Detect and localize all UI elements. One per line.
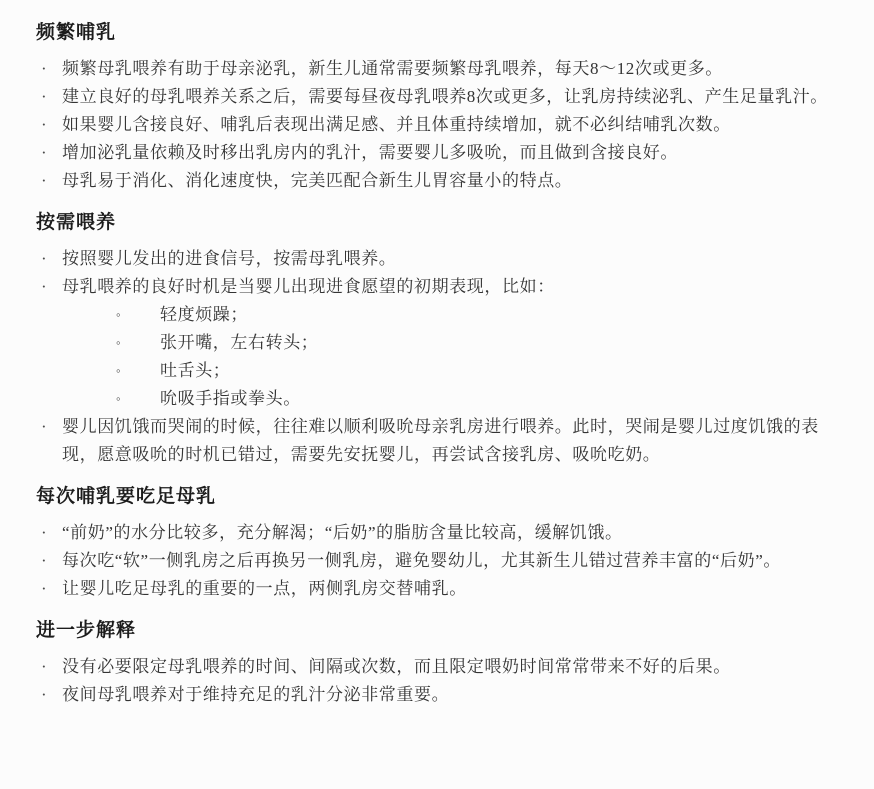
- section-heading-2: 按需喂养: [36, 210, 842, 236]
- bullet-text: 吐舌头；: [160, 357, 842, 385]
- bullet-item: ·婴儿因饥饿而哭闹的时候，往往难以顺利吸吮母亲乳房进行喂养。此时，哭闹是婴儿过度…: [36, 413, 842, 469]
- bullet-item: ·没有必要限定母乳喂养的时间、间隔或次数，而且限定喂奶时间常常带来不好的后果。: [36, 653, 842, 681]
- sub-bullet-item: ◦吮吸手指或拳头。: [114, 385, 842, 413]
- bullet-dot-icon: ·: [36, 575, 62, 603]
- bullet-text: 夜间母乳喂养对于维持充足的乳汁分泌非常重要。: [62, 681, 842, 709]
- bullet-dot-icon: ·: [36, 245, 62, 273]
- bullet-circle-icon: ◦: [114, 329, 160, 357]
- bullet-dot-icon: ·: [36, 111, 62, 139]
- section-heading-1: 频繁哺乳: [36, 20, 842, 46]
- bullet-dot-icon: ·: [36, 547, 62, 575]
- bullet-text: 频繁母乳喂养有助于母亲泌乳，新生儿通常需要频繁母乳喂养，每天8～12次或更多。: [62, 55, 842, 83]
- bullet-dot-icon: ·: [36, 55, 62, 83]
- bullet-dot-icon: ·: [36, 413, 62, 441]
- bullet-item: ·频繁母乳喂养有助于母亲泌乳，新生儿通常需要频繁母乳喂养，每天8～12次或更多。: [36, 55, 842, 83]
- bullet-circle-icon: ◦: [114, 301, 160, 329]
- bullet-dot-icon: ·: [36, 653, 62, 681]
- document-body: 频繁哺乳·频繁母乳喂养有助于母亲泌乳，新生儿通常需要频繁母乳喂养，每天8～12次…: [0, 0, 874, 789]
- bullet-text: 母乳喂养的良好时机是当婴儿出现进食愿望的初期表现，比如：: [62, 273, 842, 301]
- bullet-text: “前奶”的水分比较多，充分解渴；“后奶”的脂肪含量比较高，缓解饥饿。: [62, 519, 842, 547]
- bullet-text: 张开嘴，左右转头；: [160, 329, 842, 357]
- bullet-dot-icon: ·: [36, 167, 62, 195]
- bullet-text: 每次吃“软”一侧乳房之后再换另一侧乳房，避免婴幼儿，尤其新生儿错过营养丰富的“后…: [62, 547, 842, 575]
- sub-bullet-item: ◦吐舌头；: [114, 357, 842, 385]
- bullet-text: 吮吸手指或拳头。: [160, 385, 842, 413]
- section-heading-4: 进一步解释: [36, 618, 842, 644]
- section-heading-3: 每次哺乳要吃足母乳: [36, 484, 842, 510]
- bullet-dot-icon: ·: [36, 681, 62, 709]
- bullet-item: ·建立良好的母乳喂养关系之后，需要每昼夜母乳喂养8次或更多，让乳房持续泌乳、产生…: [36, 83, 842, 111]
- bullet-item: ·如果婴儿含接良好、哺乳后表现出满足感、并且体重持续增加，就不必纠结哺乳次数。: [36, 111, 842, 139]
- bullet-text: 婴儿因饥饿而哭闹的时候，往往难以顺利吸吮母亲乳房进行喂养。此时，哭闹是婴儿过度饥…: [62, 413, 842, 469]
- bullet-dot-icon: ·: [36, 519, 62, 547]
- bullet-dot-icon: ·: [36, 139, 62, 167]
- bullet-text: 轻度烦躁；: [160, 301, 842, 329]
- bullet-text: 没有必要限定母乳喂养的时间、间隔或次数，而且限定喂奶时间常常带来不好的后果。: [62, 653, 842, 681]
- bullet-circle-icon: ◦: [114, 385, 160, 413]
- bullet-item: ·母乳易于消化、消化速度快，完美匹配合新生儿胃容量小的特点。: [36, 167, 842, 195]
- bullet-dot-icon: ·: [36, 273, 62, 301]
- bullet-text: 母乳易于消化、消化速度快，完美匹配合新生儿胃容量小的特点。: [62, 167, 842, 195]
- bullet-item: ·母乳喂养的良好时机是当婴儿出现进食愿望的初期表现，比如：: [36, 273, 842, 301]
- bullet-text: 让婴儿吃足母乳的重要的一点，两侧乳房交替哺乳。: [62, 575, 842, 603]
- bullet-text: 如果婴儿含接良好、哺乳后表现出满足感、并且体重持续增加，就不必纠结哺乳次数。: [62, 111, 842, 139]
- sub-bullet-item: ◦张开嘴，左右转头；: [114, 329, 842, 357]
- bullet-item: ·按照婴儿发出的进食信号，按需母乳喂养。: [36, 245, 842, 273]
- bullet-circle-icon: ◦: [114, 357, 160, 385]
- bullet-item: ·每次吃“软”一侧乳房之后再换另一侧乳房，避免婴幼儿，尤其新生儿错过营养丰富的“…: [36, 547, 842, 575]
- bullet-item: ·“前奶”的水分比较多，充分解渴；“后奶”的脂肪含量比较高，缓解饥饿。: [36, 519, 842, 547]
- bullet-text: 增加泌乳量依赖及时移出乳房内的乳汁，需要婴儿多吸吮，而且做到含接良好。: [62, 139, 842, 167]
- bullet-text: 按照婴儿发出的进食信号，按需母乳喂养。: [62, 245, 842, 273]
- bullet-item: ·增加泌乳量依赖及时移出乳房内的乳汁，需要婴儿多吸吮，而且做到含接良好。: [36, 139, 842, 167]
- bullet-text: 建立良好的母乳喂养关系之后，需要每昼夜母乳喂养8次或更多，让乳房持续泌乳、产生足…: [62, 83, 842, 111]
- sub-bullet-item: ◦轻度烦躁；: [114, 301, 842, 329]
- bullet-item: ·让婴儿吃足母乳的重要的一点，两侧乳房交替哺乳。: [36, 575, 842, 603]
- bullet-item: ·夜间母乳喂养对于维持充足的乳汁分泌非常重要。: [36, 681, 842, 709]
- bullet-dot-icon: ·: [36, 83, 62, 111]
